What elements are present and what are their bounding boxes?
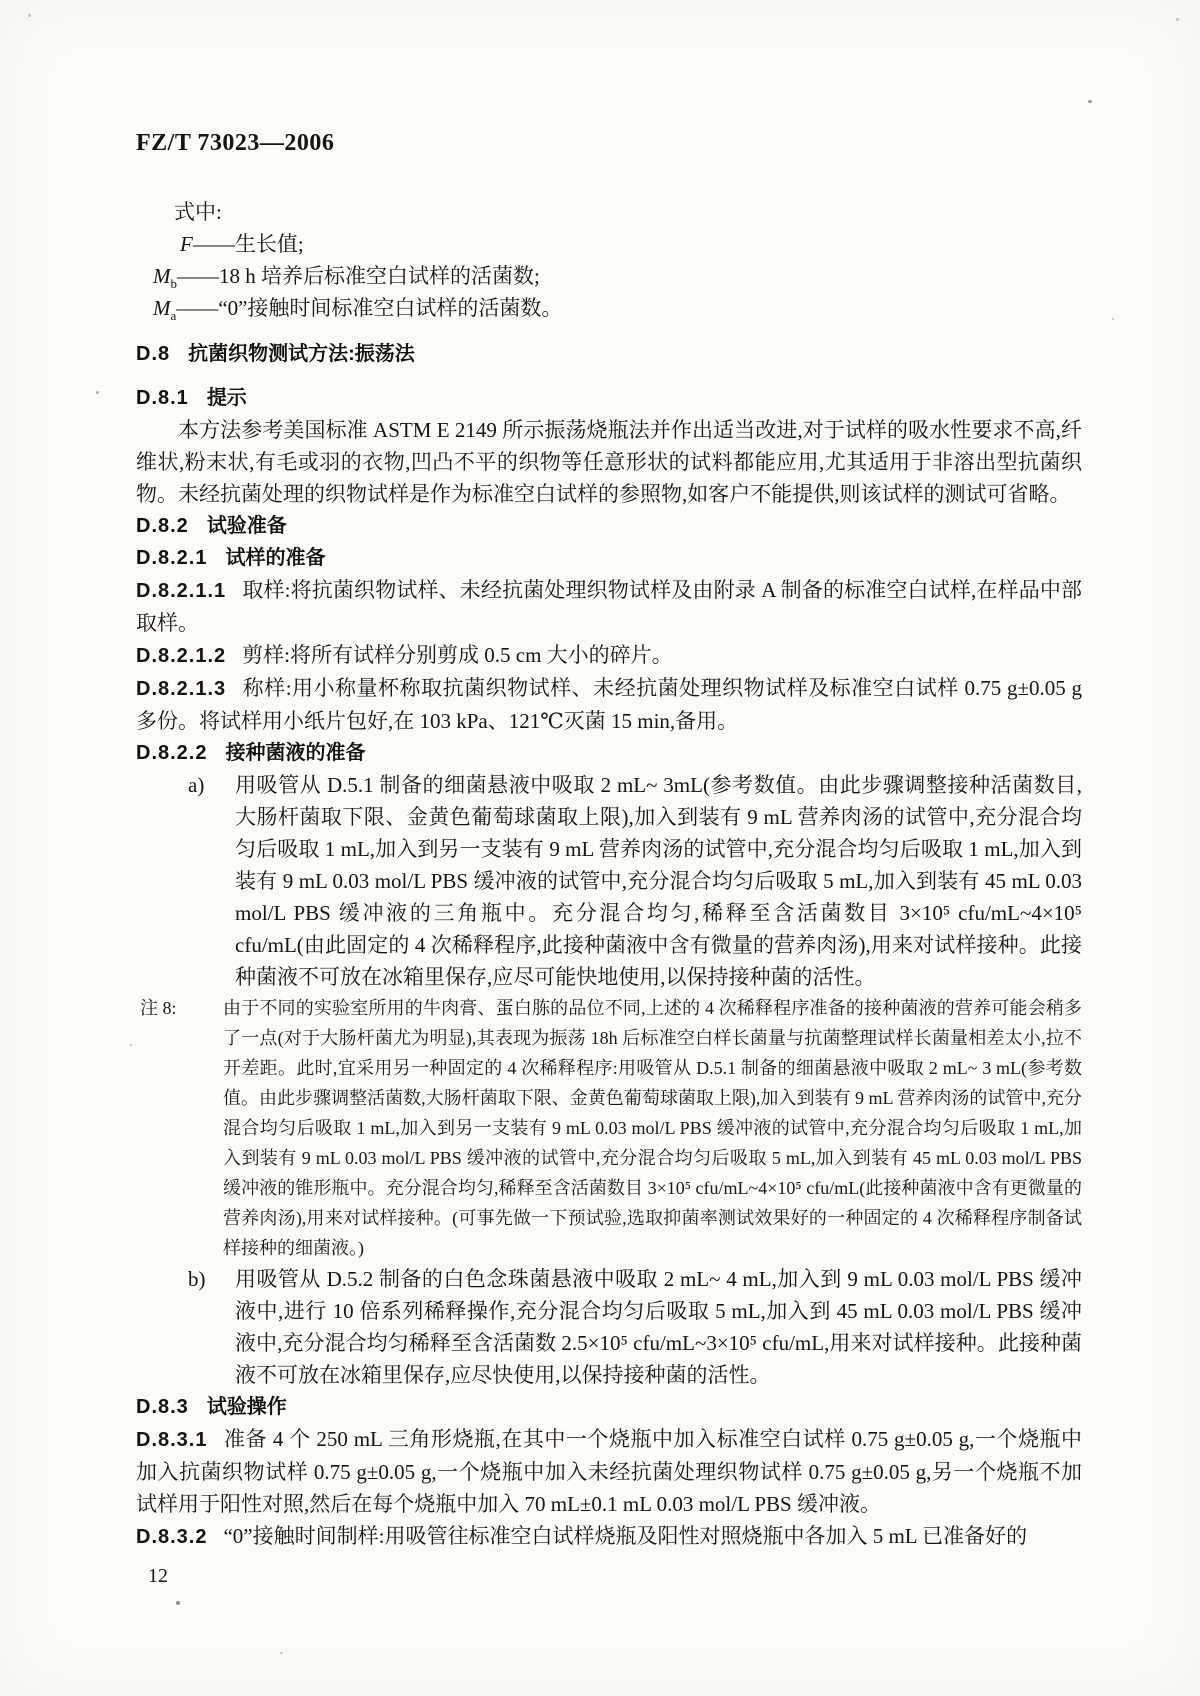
list-item-b: b)用吸管从 D.5.2 制备的白色念珠菌悬液中吸取 2 mL~ 4 mL,加入…	[136, 1263, 1082, 1391]
variable-ma: Ma	[153, 296, 176, 320]
scan-speck	[280, 1652, 283, 1654]
clause-number: D.8.2.1.3	[136, 678, 226, 700]
scan-speck	[1088, 100, 1092, 103]
list-label-a: a)	[188, 769, 204, 801]
heading-d8-2-2: D.8.2.2接种菌液的准备	[136, 737, 1082, 769]
clause-number: D.8.2.1	[136, 547, 207, 569]
document-page: FZ/T 73023—2006 式中: F——生长值; Mb——18 h 培养后…	[0, 0, 1200, 1696]
heading-d8: D.8抗菌织物测试方法:振荡法	[136, 338, 1082, 370]
scan-speck	[130, 1044, 132, 1046]
clause-number: D.8.3	[136, 1396, 189, 1418]
note-text: 由于不同的实验室所用的牛肉膏、蛋白胨的品位不同,上述的 4 次稀释程序准备的接种…	[223, 998, 1082, 1258]
def-text: “0”接触时间标准空白试样的活菌数。	[218, 296, 562, 320]
clause-title: 接种菌液的准备	[225, 742, 365, 764]
formula-definitions: 式中: F——生长值; Mb——18 h 培养后标准空白试样的活菌数; Ma——…	[136, 196, 1082, 324]
scan-speck	[1112, 318, 1114, 320]
paragraph-d8-1: 本方法参考美国标准 ASTM E 2149 所示振荡烧瓶法并作出适当改进,对于试…	[136, 414, 1082, 510]
def-dash: ——	[193, 232, 235, 256]
clause-text: “0”接触时间制样:用吸管往标准空白试样烧瓶及阳性对照烧瓶中各加入 5 mL 已…	[223, 1524, 1027, 1548]
clause-d8-2-1-2: D.8.2.1.2剪样:将所有试样分别剪成 0.5 cm 大小的碎片。	[136, 639, 1082, 672]
list-label-b: b)	[188, 1263, 206, 1295]
clause-d8-3-2: D.8.3.2“0”接触时间制样:用吸管往标准空白试样烧瓶及阳性对照烧瓶中各加入…	[136, 1520, 1082, 1553]
list-text-a: 用吸管从 D.5.1 制备的细菌悬液中吸取 2 mL~ 3mL(参考数值。由此步…	[235, 773, 1082, 989]
clause-number: D.8.2.1.1	[136, 580, 226, 602]
page-number: 12	[136, 1561, 1082, 1591]
variable-f: F	[180, 232, 193, 256]
scan-speck	[138, 1496, 140, 1498]
clause-title: 试样的准备	[225, 547, 325, 569]
scan-speck	[176, 1601, 180, 1605]
clause-title: 抗菌织物测试方法:振荡法	[188, 343, 415, 365]
heading-d8-3: D.8.3试验操作	[136, 1391, 1082, 1423]
scan-speck	[1176, 18, 1179, 21]
clause-title: 试验操作	[207, 1396, 287, 1418]
clause-text: 称样:用小称量杯称取抗菌织物试样、未经抗菌处理织物试样及标准空白试样 0.75 …	[136, 676, 1082, 733]
clause-title: 提示	[207, 387, 247, 409]
clause-number: D.8.1	[136, 387, 189, 409]
standard-number: FZ/T 73023—2006	[136, 130, 1082, 156]
scan-speck	[96, 391, 99, 394]
def-dash: ——	[176, 296, 218, 320]
def-text: 生长值;	[235, 232, 304, 256]
clause-text: 准备 4 个 250 mL 三角形烧瓶,在其中一个烧瓶中加入标准空白试样 0.7…	[136, 1427, 1082, 1516]
clause-title: 试验准备	[207, 515, 287, 537]
list-item-a: a)用吸管从 D.5.1 制备的细菌悬液中吸取 2 mL~ 3mL(参考数值。由…	[136, 769, 1082, 993]
formula-def-mb: Mb——18 h 培养后标准空白试样的活菌数;	[136, 260, 1082, 292]
formula-def-ma: Ma——“0”接触时间标准空白试样的活菌数。	[136, 292, 1082, 324]
clause-number: D.8.2.2	[136, 742, 207, 764]
clause-number: D.8	[136, 343, 170, 365]
clause-d8-2-1-3: D.8.2.1.3称样:用小称量杯称取抗菌织物试样、未经抗菌处理织物试样及标准空…	[136, 672, 1082, 737]
formula-intro: 式中:	[136, 196, 1082, 228]
note-8: 注 8:由于不同的实验室所用的牛肉膏、蛋白胨的品位不同,上述的 4 次稀释程序准…	[136, 993, 1082, 1263]
variable-mb: Mb	[153, 264, 177, 288]
def-text: 18 h 培养后标准空白试样的活菌数;	[219, 264, 540, 288]
clause-d8-2-1-1: D.8.2.1.1取样:将抗菌织物试样、未经抗菌处理织物试样及由附录 A 制备的…	[136, 574, 1082, 639]
heading-d8-2-1: D.8.2.1试样的准备	[136, 542, 1082, 574]
formula-def-f: F——生长值;	[136, 228, 1082, 260]
scan-speck	[28, 14, 31, 17]
def-dash: ——	[177, 264, 219, 288]
clause-number: D.8.2	[136, 515, 189, 537]
note-label: 注 8:	[140, 993, 177, 1023]
heading-d8-1: D.8.1提示	[136, 382, 1082, 414]
list-text-b: 用吸管从 D.5.2 制备的白色念珠菌悬液中吸取 2 mL~ 4 mL,加入到 …	[235, 1267, 1082, 1387]
clause-text: 取样:将抗菌织物试样、未经抗菌处理织物试样及由附录 A 制备的标准空白试样,在样…	[136, 578, 1082, 635]
clause-text: 剪样:将所有试样分别剪成 0.5 cm 大小的碎片。	[242, 643, 673, 667]
clause-number: D.8.3.1	[136, 1429, 207, 1451]
clause-number: D.8.3.2	[136, 1526, 207, 1548]
clause-number: D.8.2.1.2	[136, 645, 226, 667]
heading-d8-2: D.8.2试验准备	[136, 510, 1082, 542]
clause-d8-3-1: D.8.3.1准备 4 个 250 mL 三角形烧瓶,在其中一个烧瓶中加入标准空…	[136, 1423, 1082, 1520]
